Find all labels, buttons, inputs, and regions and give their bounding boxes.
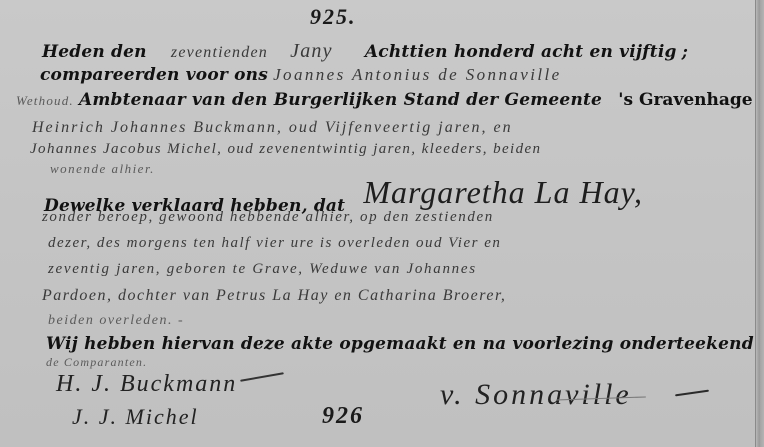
line-6: wonende alhier. [50, 162, 155, 175]
signature-sonnaville: v. Sonnaville [440, 380, 632, 410]
line-2: compareerden voor ons Joannes Antonius d… [40, 66, 562, 84]
margin-note: Wethoud. [16, 93, 74, 108]
line-4-witness-1: Heinrich Johannes Buckmann, oud Vijfenve… [32, 120, 513, 136]
line-7: Dewelke verklaard hebben, dat Margaretha… [44, 176, 643, 208]
printed-text: Heden den [42, 42, 147, 62]
municipality-name: 's Gravenhage [618, 90, 752, 110]
line-5-witness-2: Johannes Jacobus Michel, oud zevenentwin… [30, 142, 541, 157]
signature-flourish [240, 372, 284, 382]
record-number-top: 925. [310, 6, 357, 28]
line-13: Wij hebben hiervan deze akte opgemaakt e… [46, 336, 764, 353]
handwritten-official-name: Joannes Antonius de Sonnaville [273, 65, 561, 84]
line-14: de Comparanten. [46, 356, 147, 368]
line-12: beiden overleden. - [48, 314, 184, 328]
line-3: Wethoud. Ambtenaar van den Burgerlijken … [16, 92, 764, 109]
printed-text: compareerden voor ons [40, 65, 268, 85]
page-edge [755, 0, 764, 447]
punctuation: ; [682, 42, 688, 62]
printed-text: Wij hebben hiervan deze akte opgemaakt e… [46, 334, 754, 354]
record-number-bottom: 926 [322, 404, 364, 428]
line-11: Pardoen, dochter van Petrus La Hay en Ca… [42, 288, 506, 304]
signature-buckmann: H. J. Buckmann [56, 372, 237, 396]
deceased-name: Margaretha La Hay, [363, 174, 643, 210]
line-8: zonder beroep, gewoond hebbende alhier, … [42, 210, 494, 225]
line-9: dezer, des morgens ten half vier ure is … [48, 236, 501, 251]
handwritten-month: Jany [290, 40, 333, 62]
scanned-document-page: 925. Heden den zeventienden Jany Achttie… [0, 0, 764, 447]
printed-text: Ambtenaar van den Burgerlijken Stand der… [79, 90, 602, 110]
line-10: zeventig jaren, geboren te Grave, Weduwe… [48, 262, 477, 277]
signature-michel: J. J. Michel [72, 406, 199, 428]
signature-flourish [675, 390, 709, 397]
printed-year: Achttien honderd acht en vijftig [365, 42, 677, 62]
handwritten-day: zeventienden [171, 44, 268, 61]
line-1: Heden den zeventienden Jany Achttien hon… [42, 41, 688, 61]
